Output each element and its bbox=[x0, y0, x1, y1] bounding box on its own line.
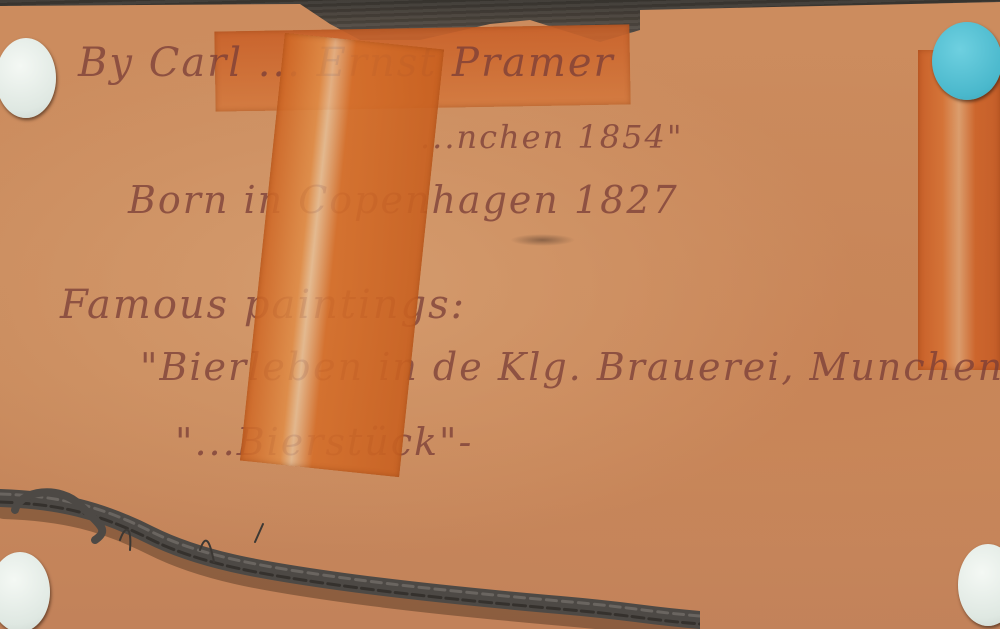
push-pin-top-right-icon bbox=[932, 22, 1000, 100]
dust-mark bbox=[510, 234, 575, 246]
hanging-wire-icon bbox=[0, 480, 700, 629]
inscription-line-place-date: ...nchen 1854" bbox=[420, 118, 684, 156]
painting-back-photo: By Carl ... Ernst Pramer ...nchen 1854" … bbox=[0, 0, 1000, 629]
